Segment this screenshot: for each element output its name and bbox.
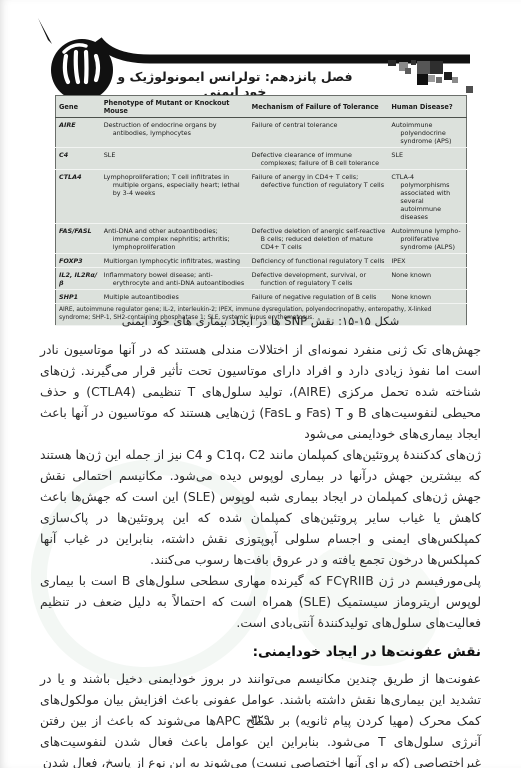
col-header-gene: Gene: [56, 96, 101, 118]
table-row: AIRE Destruction of endocrine organs by …: [56, 118, 467, 148]
col-header-phenotype: Phenotype of Mutant or Knockout Mouse: [101, 96, 249, 118]
table-header-row: Gene Phenotype of Mutant or Knockout Mou…: [56, 96, 467, 118]
gene-table-container: Gene Phenotype of Mutant or Knockout Mou…: [55, 95, 467, 326]
paragraph: پلی‌مورفیسم در ژن FCγRIIB که گیرنده مهار…: [40, 570, 481, 633]
gene-cell: C4: [56, 148, 101, 170]
figure-caption: شکل ۱۵-۱۵: نقش SNP ها در ایجاد بیماری ها…: [0, 314, 521, 328]
phenotype-cell: Destruction of endocrine organs by antib…: [101, 118, 249, 148]
mechanism-cell: Deficiency of functional regulatory T ce…: [249, 254, 389, 268]
gene-cell: SHP1: [56, 290, 101, 304]
paragraph: جهش‌های تک ژنی منفرد نمونه‌ای از اختلالا…: [40, 339, 481, 444]
table-row: SHP1 Multiple autoantibodies Failure of …: [56, 290, 467, 304]
col-header-mechanism: Mechanism of Failure of Tolerance: [249, 96, 389, 118]
gene-cell: FAS/FASL: [56, 224, 101, 254]
document-page: فصل پانزدهم: تولرانس ایمونولوژیک و خود ا…: [0, 0, 521, 768]
mechanism-cell: Failure of anergy in CD4+ T cells; defec…: [249, 170, 389, 224]
table-row: FOXP3 Multiorgan lymphocytic infiltrates…: [56, 254, 467, 268]
disease-cell: CTLA-4 polymorphisms associated with sev…: [388, 170, 466, 224]
mechanism-cell: Failure of central tolerance: [249, 118, 389, 148]
disease-cell: SLE: [388, 148, 466, 170]
phenotype-cell: Inflammatory bowel disease; anti-erythro…: [101, 268, 249, 290]
phenotype-cell: Multiorgan lymphocytic infiltrates, wast…: [101, 254, 249, 268]
col-header-disease: Human Disease?: [388, 96, 466, 118]
mechanism-cell: Defective clearance of immune complexes;…: [249, 148, 389, 170]
disease-cell: None known: [388, 290, 466, 304]
table-row: FAS/FASL Anti-DNA and other autoantibodi…: [56, 224, 467, 254]
gene-cell: FOXP3: [56, 254, 101, 268]
mechanism-cell: Defective deletion of anergic self-react…: [249, 224, 389, 254]
section-heading: نقش عفونت‌ها در ایجاد خودایمنی:: [40, 642, 481, 663]
phenotype-cell: Anti-DNA and other autoantibodies; immun…: [101, 224, 249, 254]
mechanism-cell: Defective development, survival, or func…: [249, 268, 389, 290]
page-number: ۳۲۹: [0, 712, 521, 726]
paragraph: ژن‌های کدکنندهٔ پروتئین‌های کمپلمان مانن…: [40, 444, 481, 570]
table-row: C4 SLE Defective clearance of immune com…: [56, 148, 467, 170]
phenotype-cell: Lymphoproliferation; T cell infiltrates …: [101, 170, 249, 224]
disease-cell: IPEX: [388, 254, 466, 268]
disease-cell: Autoimmune lympho­proliferative syndrome…: [388, 224, 466, 254]
pixel-decoration: [388, 60, 473, 93]
gene-table: Gene Phenotype of Mutant or Knockout Mou…: [55, 95, 467, 326]
phenotype-cell: Multiple autoantibodies: [101, 290, 249, 304]
header-rule: [98, 40, 470, 59]
gene-cell: IL2, IL2Rα/β: [56, 268, 101, 290]
publisher-logo: [38, 18, 113, 101]
gene-cell: AIRE: [56, 118, 101, 148]
body-text: جهش‌های تک ژنی منفرد نمونه‌ای از اختلالا…: [40, 339, 481, 768]
disease-cell: None known: [388, 268, 466, 290]
phenotype-cell: SLE: [101, 148, 249, 170]
gene-cell: CTLA4: [56, 170, 101, 224]
disease-cell: Autoimmune polyendocrine syndrome (APS): [388, 118, 466, 148]
table-row: CTLA4 Lymphoproliferation; T cell infilt…: [56, 170, 467, 224]
mechanism-cell: Failure of negative regulation of B cell…: [249, 290, 389, 304]
table-row: IL2, IL2Rα/β Inflammatory bowel disease;…: [56, 268, 467, 290]
